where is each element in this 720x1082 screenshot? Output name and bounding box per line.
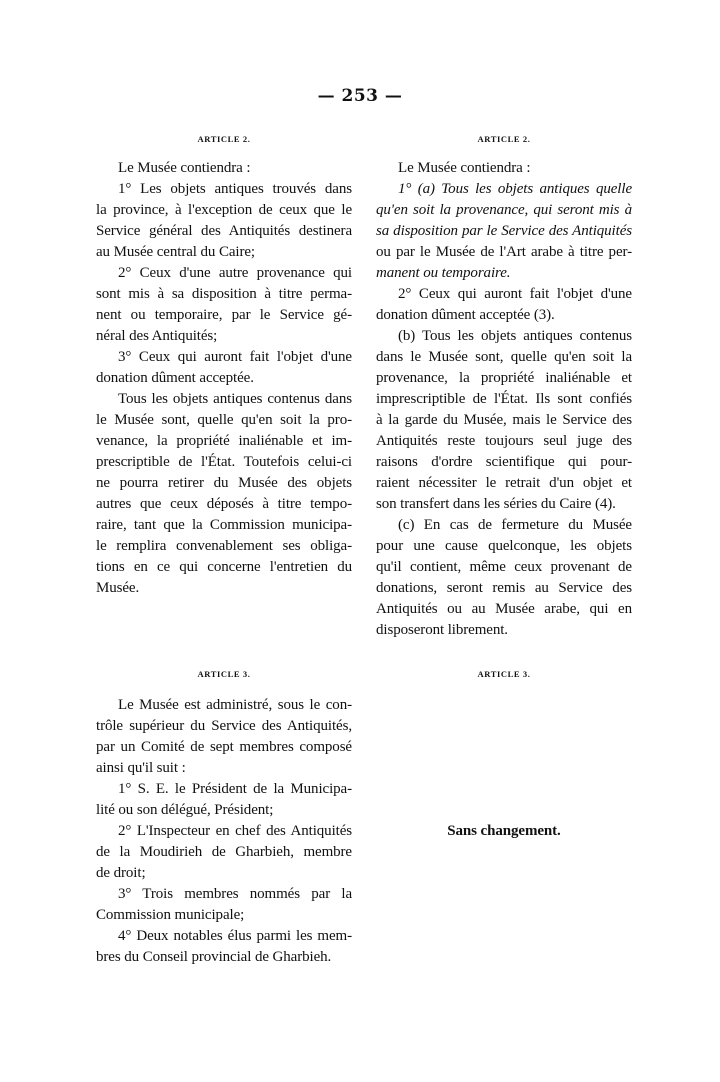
- right-article-3-body: Sans changement.: [376, 821, 632, 842]
- text-line: néral des Antiquités;: [96, 326, 352, 347]
- text-line: 3° Ceux qui auront fait l'objet d'une: [96, 347, 352, 368]
- text-line: de droit;: [96, 863, 352, 884]
- text-line: Tous les objets antiques contenus dans: [96, 389, 352, 410]
- text-line: 2° L'Inspecteur en chef des Antiquités: [96, 821, 352, 842]
- right-article-3: ARTICLE 3. Sans changement.: [376, 667, 632, 842]
- text-line: ou par le Musée de l'Art arabe à titre p…: [376, 242, 632, 263]
- text-line: donations, seront remis au Service des: [376, 578, 632, 599]
- text-line: Le Musée contiendra :: [96, 158, 352, 179]
- text-line: le remplira convenablement ses obliga-: [96, 536, 352, 557]
- text-line: dans le Musée sont, quelle qu'en soit la: [376, 347, 632, 368]
- text-line: Service général des Antiquités destinera: [96, 221, 352, 242]
- text-line: Musée.: [96, 578, 352, 599]
- text-line: donation dûment acceptée (3).: [376, 305, 632, 326]
- text-line: raient nécessiter le retrait d'un objet …: [376, 473, 632, 494]
- text-line: autres que ceux déposés à titre tempo-: [96, 494, 352, 515]
- text-line: à la garde du Musée, mais le Service des: [376, 410, 632, 431]
- text-line: ne pourra retirer du Musée des objets: [96, 473, 352, 494]
- text-line: qu'en soit la provenance, qui seront mis…: [376, 200, 632, 221]
- text-line: 2° Ceux qui auront fait l'objet d'une: [376, 284, 632, 305]
- text-line: tions en ce qui concerne l'entretien du: [96, 557, 352, 578]
- right-article-3-heading: ARTICLE 3.: [376, 667, 632, 681]
- text-line: 4° Deux notables élus parmi les mem-: [96, 926, 352, 947]
- page-number: — 253 —: [0, 86, 720, 106]
- text-line: venance, la propriété inaliénable et im-: [96, 431, 352, 452]
- text-line: manent ou temporaire.: [376, 263, 632, 284]
- text-line: 2° Ceux d'une autre provenance qui: [96, 263, 352, 284]
- text-line: lité ou son délégué, Président;: [96, 800, 352, 821]
- text-line: par un Comité de sept membres composé: [96, 737, 352, 758]
- text-line: Commission municipale;: [96, 905, 352, 926]
- text-line: (b) Tous les objets antiques contenus: [376, 326, 632, 347]
- left-article-3-body: Le Musée est administré, sous le con-trô…: [96, 695, 352, 968]
- text-line: raire, tant que la Commission municipa-: [96, 515, 352, 536]
- right-article-2: ARTICLE 2. Le Musée contiendra :1° (a) T…: [376, 132, 632, 641]
- text-line: 3° Trois membres nommés par la: [96, 884, 352, 905]
- text-line: ainsi qu'il suit :: [96, 758, 352, 779]
- text-line: prescriptible de l'État. Toutefois celui…: [96, 452, 352, 473]
- text-line: trôle supérieur du Service des Antiquité…: [96, 716, 352, 737]
- text-line: provenance, la propriété inaliénable et: [376, 368, 632, 389]
- text-line: la province, à l'exception de ceux que l…: [96, 200, 352, 221]
- text-line: nent ou temporaire, par le Service gé-: [96, 305, 352, 326]
- text-line: bres du Conseil provincial de Gharbieh.: [96, 947, 352, 968]
- text-line: (c) En cas de fermeture du Musée: [376, 515, 632, 536]
- text-line: Le Musée est administré, sous le con-: [96, 695, 352, 716]
- text-line: Antiquités ou au Musée arabe, qui en: [376, 599, 632, 620]
- left-article-2-body: Le Musée contiendra :1° Les objets antiq…: [96, 158, 352, 599]
- text-line: qu'il contient, même ceux provenant de: [376, 557, 632, 578]
- text-line: raisons d'ordre scientifique qui pour-: [376, 452, 632, 473]
- text-line: disposeront librement.: [376, 620, 632, 641]
- text-line: 1° (a) Tous les objets antiques quelle: [376, 179, 632, 200]
- left-article-3-heading: ARTICLE 3.: [96, 667, 352, 681]
- text-line: Antiquités reste toujours seul juge des: [376, 431, 632, 452]
- text-line: Le Musée contiendra :: [376, 158, 632, 179]
- right-article-2-body: Le Musée contiendra :1° (a) Tous les obj…: [376, 158, 632, 641]
- left-article-2: ARTICLE 2. Le Musée contiendra :1° Les o…: [96, 132, 352, 599]
- text-line: 1° S. E. le Président de la Municipa-: [96, 779, 352, 800]
- text-line: sont mis à sa disposition à titre perma-: [96, 284, 352, 305]
- right-article-2-heading: ARTICLE 2.: [376, 132, 632, 146]
- text-line: son transfert dans les séries du Caire (…: [376, 494, 632, 515]
- text-line: au Musée central du Caire;: [96, 242, 352, 263]
- text-line: 1° Les objets antiques trouvés dans: [96, 179, 352, 200]
- left-article-2-heading: ARTICLE 2.: [96, 132, 352, 146]
- left-article-3: ARTICLE 3. Le Musée est administré, sous…: [96, 667, 352, 968]
- text-line: imprescriptible de l'État. Ils sont conf…: [376, 389, 632, 410]
- text-line: sa disposition par le Service des Antiqu…: [376, 221, 632, 242]
- text-line: le Musée sont, quelle qu'en soit la pro-: [96, 410, 352, 431]
- text-line: de la Moudirieh de Gharbieh, membre: [96, 842, 352, 863]
- text-line: pour une cause quelconque, les objets: [376, 536, 632, 557]
- text-line: donation dûment acceptée.: [96, 368, 352, 389]
